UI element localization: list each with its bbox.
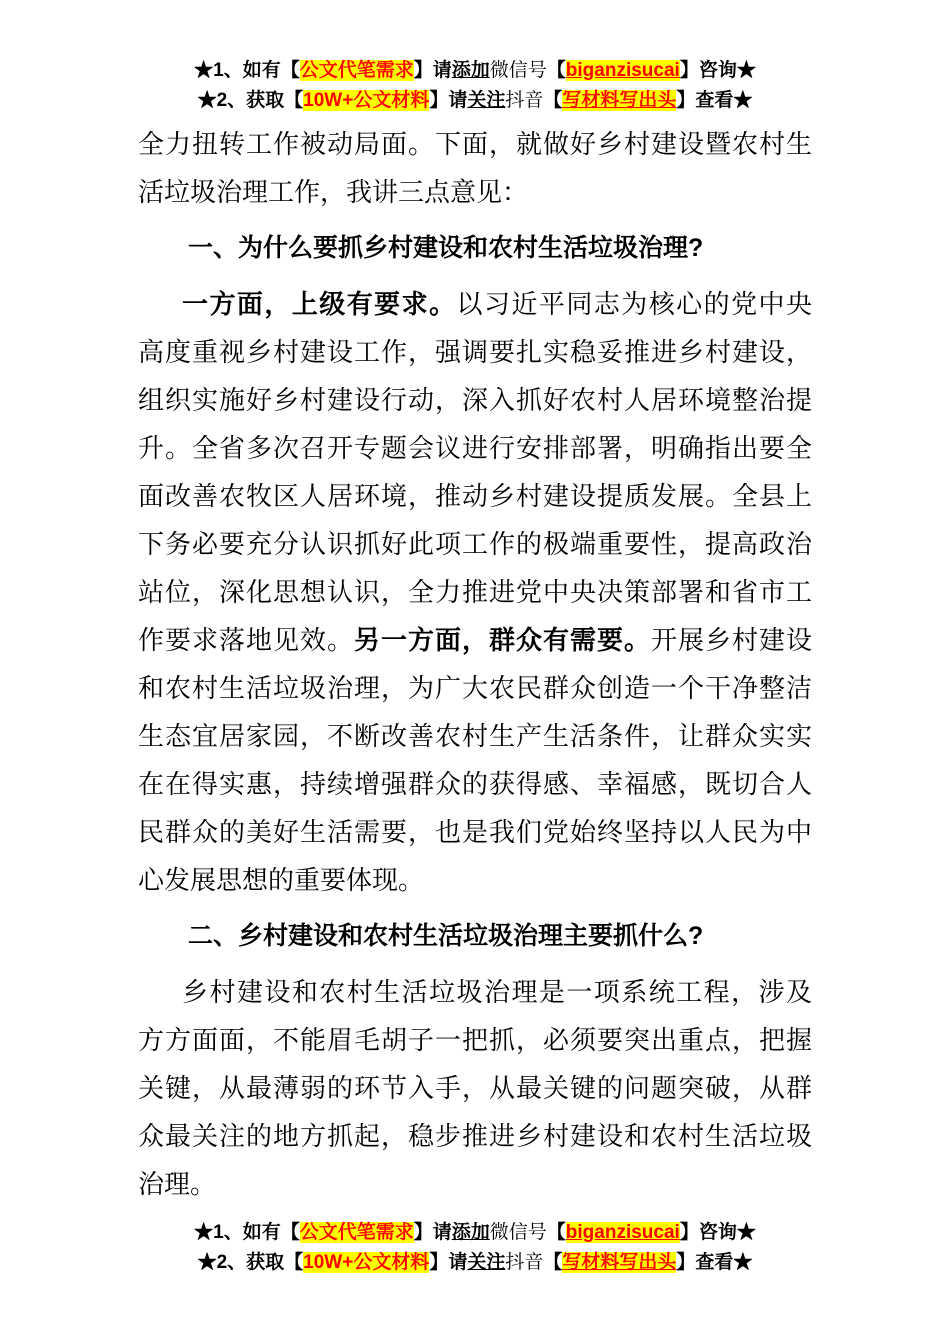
paragraph-line: 下务必要充分认识抓好此项工作的极端重要性，提高政治 [138,520,812,568]
highlighted-keyword: 写材料写出头 [562,1252,676,1273]
text-run: 抖音 [505,90,543,111]
text-run: 众最关注的地方抓起，稳步推进乡村建设和农村生活垃圾 [138,1121,812,1151]
paragraph-line: 关键，从最薄弱的环节入手，从最关键的问题突破，从群 [138,1064,812,1112]
text-run: 【 [543,90,562,111]
text-run: 组织实施好乡村建设行动，深入抓好农村人居环境整治提 [138,385,812,415]
text-run: ★1、如有【 [194,60,300,81]
text-run: 心发展思想的重要体现。 [138,865,424,895]
promo-line-1: ★1、如有【公文代笔需求】请添加微信号【biganzisucai】咨询★ [0,56,950,86]
paragraph-line: 众最关注的地方抓起，稳步推进乡村建设和农村生活垃圾 [138,1112,812,1160]
highlighted-keyword: biganzisucai [566,60,680,81]
text-run: 微信号 [490,1222,547,1243]
document-page: ★1、如有【公文代笔需求】请添加微信号【biganzisucai】咨询★★2、获… [0,0,950,1344]
text-run: 抖音 [505,1252,543,1273]
paragraph-line: 方方面面，不能眉毛胡子一把抓，必须要突出重点，把握 [138,1016,812,1064]
paragraph-line: 治理。 [138,1160,812,1208]
emphasis-run: 二、乡村建设和农村生活垃圾治理主要抓什么? [188,922,703,950]
emphasis-run: 另一方面，群众有需要。 [354,625,651,655]
highlighted-keyword: 公文代笔需求 [300,1222,414,1243]
text-run: 】请 [429,90,467,111]
highlighted-keyword: 10W+公文材料 [303,1252,429,1273]
text-run: 乡村建设和农村生活垃圾治理是一项系统工程，涉及 [182,977,812,1007]
highlighted-keyword: 公文代笔需求 [300,60,414,81]
text-run: 生态宜居家园，不断改善农村生产生活条件，让群众实实 [138,721,812,751]
emphasis-run: 一方面，上级有要求。 [182,289,457,319]
text-run: 】请 [414,60,452,81]
text-run: 面改善农牧区人居环境，推动乡村建设提质发展。全县上 [138,481,812,511]
text-run: 【 [547,1222,566,1243]
paragraph-line: 活垃圾治理工作，我讲三点意见： [138,168,812,216]
text-run: 民群众的美好生活需要，也是我们党始终坚持以人民为中 [138,817,812,847]
text-run: 】请 [414,1222,452,1243]
text-run: 升。全省多次召开专题会议进行安排部署，明确指出要全 [138,433,812,463]
text-run: 】查看★ [676,1252,752,1273]
paragraph-line: 心发展思想的重要体现。 [138,856,812,904]
text-run: 高度重视乡村建设工作，强调要扎实稳妥推进乡村建设， [138,337,812,367]
paragraph-line: 升。全省多次召开专题会议进行安排部署，明确指出要全 [138,424,812,472]
paragraph-line: 一方面，上级有要求。以习近平同志为核心的党中央 [138,280,812,328]
paragraph-line: 在在得实惠，持续增强群众的获得感、幸福感，既切合人 [138,760,812,808]
text-run: 全力扭转工作被动局面。下面，就做好乡村建设暨农村生 [138,129,812,159]
text-run: 开展乡村建设 [651,625,812,655]
paragraph-line: 乡村建设和农村生活垃圾治理是一项系统工程，涉及 [138,968,812,1016]
text-run: 关注 [467,1252,505,1273]
emphasis-run: 一、为什么要抓乡村建设和农村生活垃圾治理? [188,234,703,262]
text-run: 】查看★ [676,90,752,111]
text-run: 关注 [467,90,505,111]
text-run: 微信号 [490,60,547,81]
promo-line-2: ★2、获取【10W+公文材料】请关注抖音【写材料写出头】查看★ [0,1248,950,1278]
paragraph-line: 民群众的美好生活需要，也是我们党始终坚持以人民为中 [138,808,812,856]
promo-line-1: ★1、如有【公文代笔需求】请添加微信号【biganzisucai】咨询★ [0,1218,950,1248]
text-run: 】咨询★ [680,1222,756,1243]
text-run: 以习近平同志为核心的党中央 [457,289,812,319]
text-run: 】请 [429,1252,467,1273]
paragraph-line: 和农村生活垃圾治理，为广大农民群众创造一个干净整洁 [138,664,812,712]
text-run: 】咨询★ [680,60,756,81]
document-body: 全力扭转工作被动局面。下面，就做好乡村建设暨农村生活垃圾治理工作，我讲三点意见：… [138,120,812,1208]
promo-header: ★1、如有【公文代笔需求】请添加微信号【biganzisucai】咨询★★2、获… [0,56,950,116]
text-run: 站位，深化思想认识，全力推进党中央决策部署和省市工 [138,577,812,607]
paragraph-line: 组织实施好乡村建设行动，深入抓好农村人居环境整治提 [138,376,812,424]
paragraph-line: 站位，深化思想认识，全力推进党中央决策部署和省市工 [138,568,812,616]
highlighted-keyword: 10W+公文材料 [303,90,429,111]
text-run: 【 [547,60,566,81]
text-run: 在在得实惠，持续增强群众的获得感、幸福感，既切合人 [138,769,812,799]
text-run: 活垃圾治理工作，我讲三点意见： [138,177,528,207]
section-heading: 一、为什么要抓乡村建设和农村生活垃圾治理? [138,224,812,272]
promo-footer: ★1、如有【公文代笔需求】请添加微信号【biganzisucai】咨询★★2、获… [0,1218,950,1278]
paragraph-line: 全力扭转工作被动局面。下面，就做好乡村建设暨农村生 [138,120,812,168]
promo-line-2: ★2、获取【10W+公文材料】请关注抖音【写材料写出头】查看★ [0,86,950,116]
text-run: 作要求落地见效。 [138,625,354,655]
section-heading: 二、乡村建设和农村生活垃圾治理主要抓什么? [138,912,812,960]
paragraph-line: 作要求落地见效。另一方面，群众有需要。开展乡村建设 [138,616,812,664]
paragraph-line: 高度重视乡村建设工作，强调要扎实稳妥推进乡村建设， [138,328,812,376]
text-run: 下务必要充分认识抓好此项工作的极端重要性，提高政治 [138,529,812,559]
text-run: ★2、获取【 [198,1252,304,1273]
text-run: ★2、获取【 [198,90,304,111]
text-run: ★1、如有【 [194,1222,300,1243]
paragraph-line: 面改善农牧区人居环境，推动乡村建设提质发展。全县上 [138,472,812,520]
text-run: 【 [543,1252,562,1273]
text-run: 关键，从最薄弱的环节入手，从最关键的问题突破，从群 [138,1073,812,1103]
highlighted-keyword: 写材料写出头 [562,90,676,111]
paragraph-line: 生态宜居家园，不断改善农村生产生活条件，让群众实实 [138,712,812,760]
text-run: 和农村生活垃圾治理，为广大农民群众创造一个干净整洁 [138,673,812,703]
text-run: 治理。 [138,1169,216,1199]
highlighted-keyword: biganzisucai [566,1222,680,1243]
text-run: 添加 [452,60,490,81]
text-run: 方方面面，不能眉毛胡子一把抓，必须要突出重点，把握 [138,1025,812,1055]
text-run: 添加 [452,1222,490,1243]
